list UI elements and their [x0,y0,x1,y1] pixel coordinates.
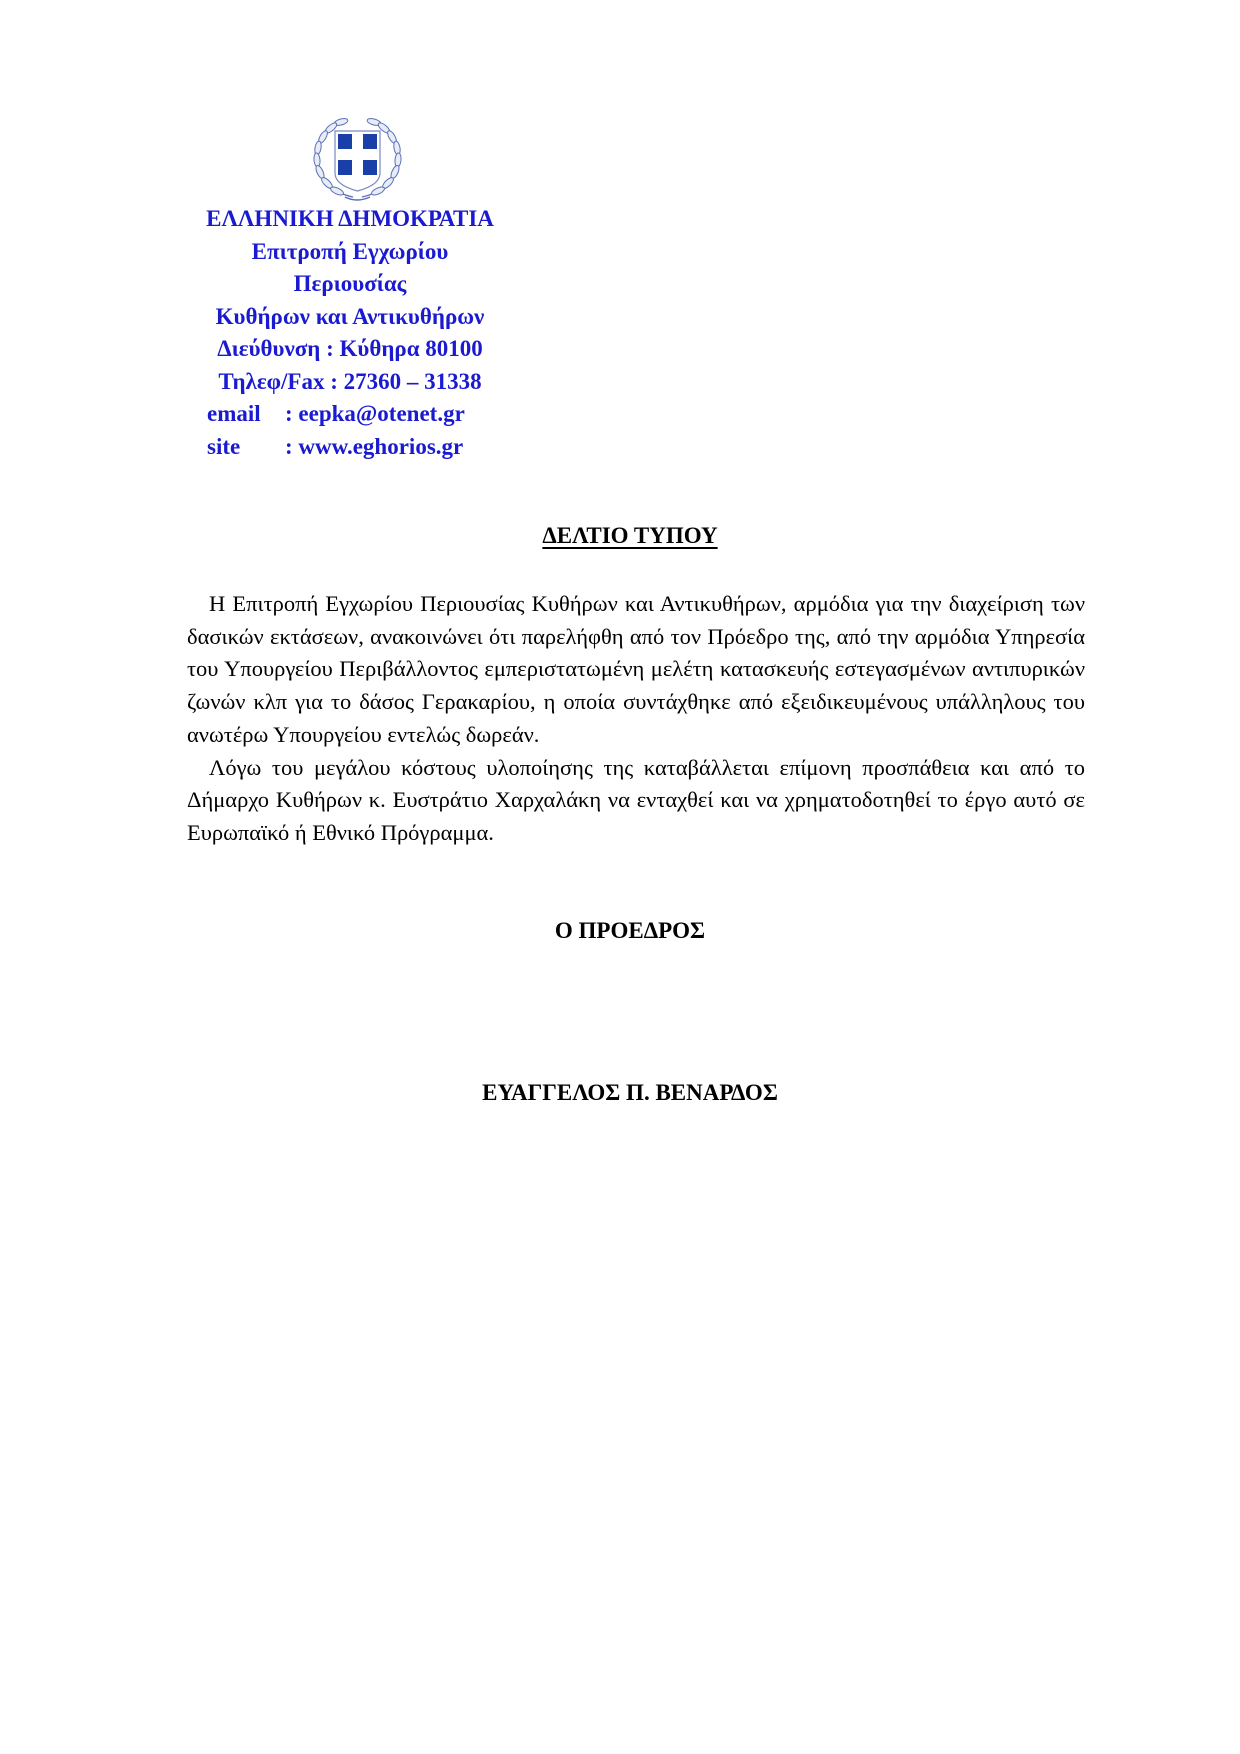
signature-name: ΕΥΑΓΓΕΛΟΣ Π. ΒΕΝΑΡΔΟΣ [0,1080,1240,1106]
site-label: site [207,431,285,464]
signature-role: Ο ΠΡΟΕΔΡΟΣ [0,918,1240,944]
organization-name-line-1: Επιτροπή Εγχωρίου [185,236,515,269]
body-paragraph: Η Επιτροπή Εγχωρίου Περιουσίας Κυθήρων κ… [187,588,1085,752]
email-label: email [207,398,285,431]
country-name: ΕΛΛΗΝΙΚΗ ΔΗΜΟΚΡΑΤΙΑ [185,203,515,236]
body-paragraph: Λόγω του μεγάλου κόστους υλοποίησης της … [187,752,1085,850]
email-value[interactable]: : eepka@otenet.gr [285,398,465,431]
site-value[interactable]: : www.eghorios.gr [285,431,463,464]
document-title: ΔΕΛΤΙΟ ΤΥΠΟΥ [0,523,1240,549]
address: Διεύθυνση : Κύθηρα 80100 [185,333,515,366]
email-row: email : eepka@otenet.gr [185,398,515,431]
document-page: ΕΛΛΗΝΙΚΗ ΔΗΜΟΚΡΑΤΙΑ Επιτροπή Εγχωρίου Πε… [0,0,1240,1754]
organization-name-line-2: Περιουσίας [185,268,515,301]
greek-coat-of-arms-icon [305,113,410,203]
letterhead: ΕΛΛΗΝΙΚΗ ΔΗΜΟΚΡΑΤΙΑ Επιτροπή Εγχωρίου Πε… [185,203,515,463]
phone-fax: Τηλεφ/Fax : 27360 – 31338 [185,366,515,399]
document-body: Η Επιτροπή Εγχωρίου Περιουσίας Κυθήρων κ… [187,588,1085,850]
site-row: site : www.eghorios.gr [185,431,515,464]
organization-name-line-3: Κυθήρων και Αντικυθήρων [185,301,515,334]
